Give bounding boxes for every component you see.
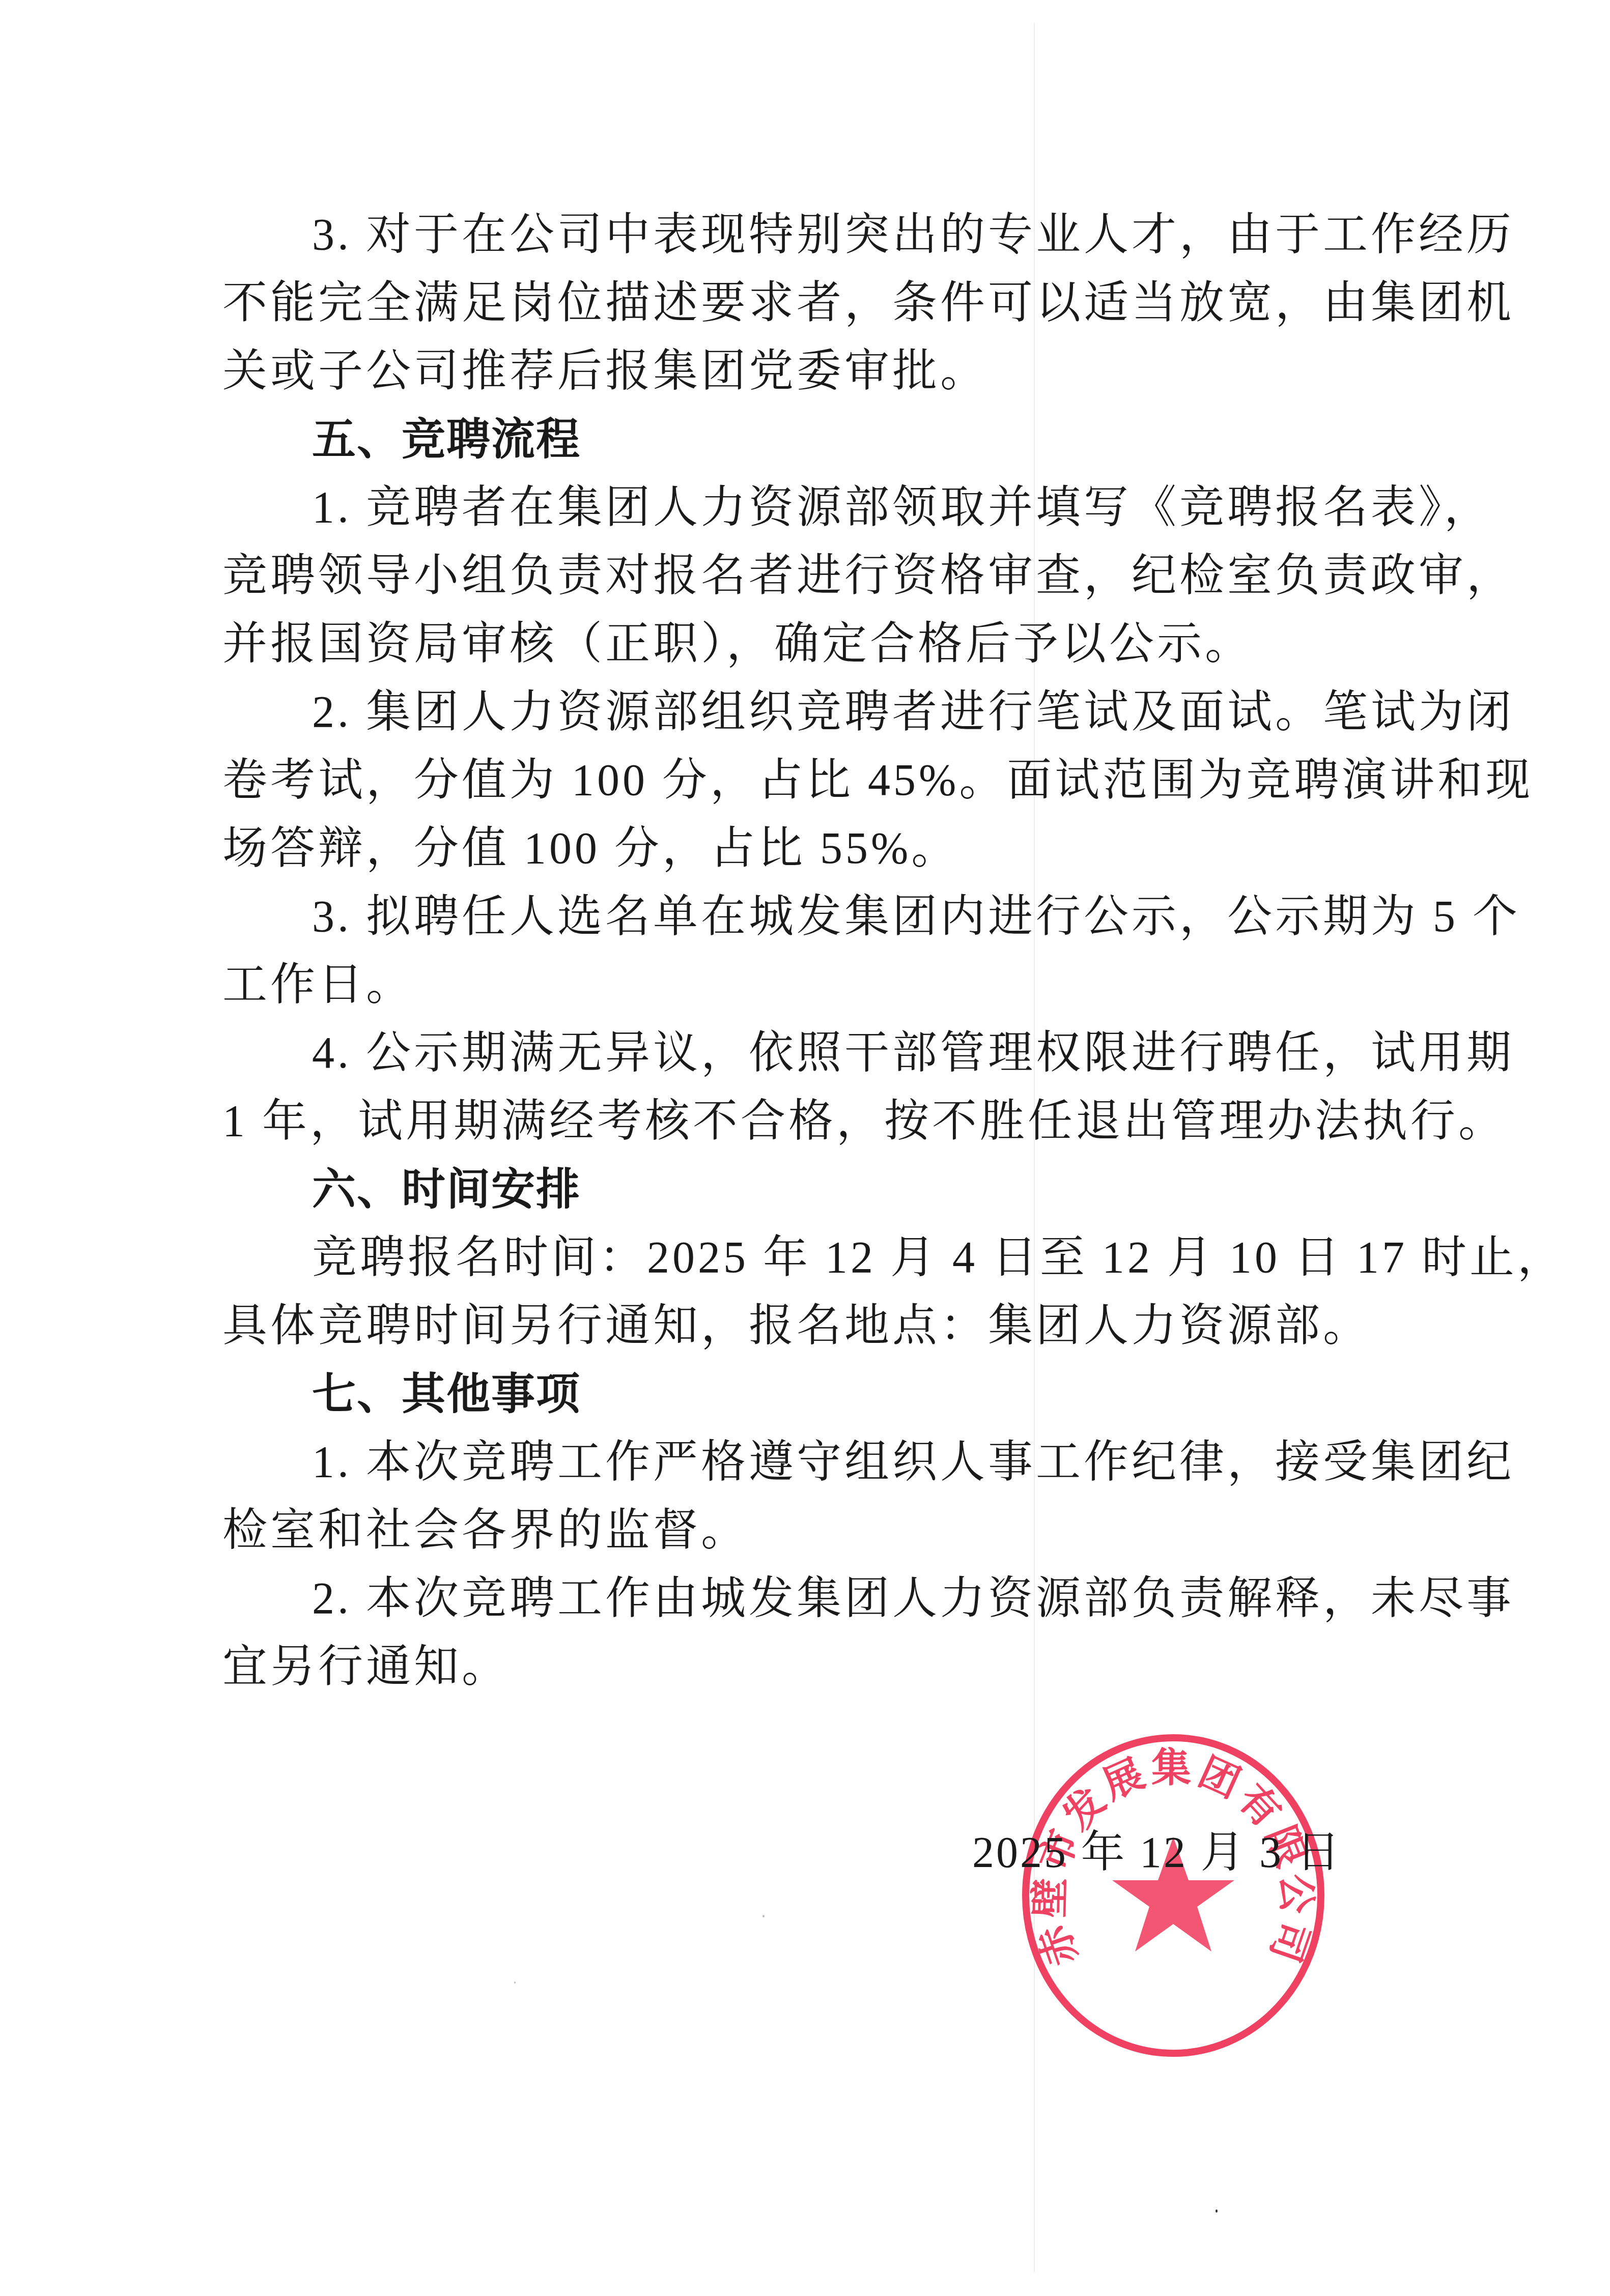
text-line: 2. 集团人力资源部组织竞聘者进行笔试及面试。笔试为闭 [222,678,1388,747]
text-line: 宜另行通知。 [222,1633,1388,1701]
text-line: 3. 拟聘任人选名单在城发集团内进行公示，公示期为 5 个 [222,883,1388,951]
paragraph-process-3: 3. 拟聘任人选名单在城发集团内进行公示，公示期为 5 个 工作日。 [222,883,1388,1019]
paragraph-qualification-3: 3. 对于在公司中表现特别突出的专业人才，由于工作经历 不能完全满足岗位描述要求… [222,201,1388,406]
signature-date: 2025 年 12 月 3 日 [972,1824,1342,1880]
text-line: 检室和社会各界的监督。 [222,1497,1388,1565]
section-heading-process: 五、竞聘流程 [222,406,1388,474]
text-line: 不能完全满足岗位描述要求者，条件可以适当放宽，由集团机 [222,269,1388,337]
text-line: 并报国资局审核（正职），确定合格后予以公示。 [222,610,1388,678]
text-line: 工作日。 [222,951,1388,1019]
paragraph-process-1: 1. 竞聘者在集团人力资源部领取并填写《竞聘报名表》， 竞聘领导小组负责对报名者… [222,474,1388,678]
text-line: 竞聘报名时间：2025 年 12 月 4 日至 12 月 10 日 17 时止， [222,1224,1388,1292]
text-line: 1. 本次竞聘工作严格遵守组织人事工作纪律，接受集团纪 [222,1428,1388,1497]
text-line: 1 年，试用期满经考核不合格，按不胜任退出管理办法执行。 [222,1087,1388,1156]
text-line: 竞聘领导小组负责对报名者进行资格审查，纪检室负责政审， [222,542,1388,610]
official-seal-stamp: 赤壁市发展集团有限公司 [1015,1728,1331,2063]
text-line: 1. 竞聘者在集团人力资源部领取并填写《竞聘报名表》， [222,474,1388,542]
paragraph-schedule: 竞聘报名时间：2025 年 12 月 4 日至 12 月 10 日 17 时止，… [222,1224,1388,1360]
paragraph-other-2: 2. 本次竞聘工作由城发集团人力资源部负责解释，未尽事 宜另行通知。 [222,1565,1388,1701]
paragraph-process-4: 4. 公示期满无异议，依照干部管理权限进行聘任，试用期 1 年，试用期满经考核不… [222,1019,1388,1156]
text-line: 关或子公司推荐后报集团党委审批。 [222,337,1388,406]
text-line: 场答辩，分值 100 分，占比 55%。 [222,815,1388,883]
section-heading-other: 七、其他事项 [222,1360,1388,1428]
paragraph-process-2: 2. 集团人力资源部组织竞聘者进行笔试及面试。笔试为闭 卷考试，分值为 100 … [222,678,1388,883]
section-heading-schedule: 六、时间安排 [222,1156,1388,1224]
scan-speck [514,1982,516,1984]
document-body: 3. 对于在公司中表现特别突出的专业人才，由于工作经历 不能完全满足岗位描述要求… [222,201,1388,1701]
text-line: 2. 本次竞聘工作由城发集团人力资源部负责解释，未尽事 [222,1565,1388,1633]
text-line: 具体竞聘时间另行通知，报名地点：集团人力资源部。 [222,1292,1388,1360]
scan-speck [1216,2209,1218,2213]
text-line: 3. 对于在公司中表现特别突出的专业人才，由于工作经历 [222,201,1388,269]
paragraph-other-1: 1. 本次竞聘工作严格遵守组织人事工作纪律，接受集团纪 检室和社会各界的监督。 [222,1428,1388,1565]
scan-speck [762,1915,765,1917]
text-line: 卷考试，分值为 100 分，占比 45%。面试范围为竞聘演讲和现 [222,747,1388,815]
text-line: 4. 公示期满无异议，依照干部管理权限进行聘任，试用期 [222,1019,1388,1087]
